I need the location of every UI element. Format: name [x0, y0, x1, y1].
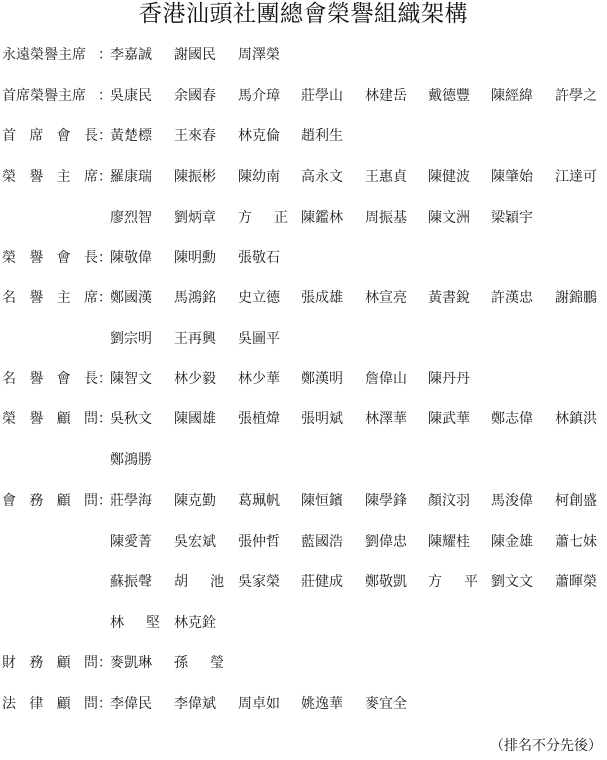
member-name: 陳經緯 [491, 85, 541, 107]
member-name: 方正 [238, 207, 288, 229]
member-name: 林克銓 [174, 612, 224, 634]
section-label-text: 會務顧問 [2, 490, 98, 512]
label-colon: ： [98, 166, 110, 188]
member-name: 陳克勤 [174, 490, 224, 512]
member-name: 劉炳章 [174, 207, 224, 229]
member-name: 莊學山 [301, 85, 351, 107]
member-name: 王再興 [174, 328, 224, 350]
member-names: 黃楚標王來春林克倫趙利生 [110, 125, 607, 166]
section-label: 財務顧問： [2, 652, 110, 674]
member-names: 麥凱琳孫瑩 [110, 652, 607, 693]
label-colon: ： [98, 693, 110, 715]
name-line: 吳秋文陳國雄張植煒張明斌林澤華陳武華鄭志偉林鎮洪 [110, 408, 607, 449]
member-name: 馬鴻銘 [174, 287, 224, 309]
member-name: 林宣亮 [365, 287, 415, 309]
member-name: 鄭國漢 [110, 287, 160, 309]
section-label: 名譽主席： [2, 287, 110, 309]
section-label: 會務顧問： [2, 490, 110, 512]
section-label-text: 財務顧問 [2, 652, 98, 674]
section-label-text: 首席榮譽主席 [2, 85, 98, 107]
member-names: 李嘉誠謝國民周澤榮 [110, 44, 607, 85]
member-name: 史立德 [238, 287, 288, 309]
member-names: 吳秋文陳國雄張植煒張明斌林澤華陳武華鄭志偉林鎮洪鄭鴻勝 [110, 408, 607, 489]
member-name: 周卓如 [238, 693, 288, 715]
name-line: 廖烈智劉炳章方正陳鑑林周振基陳文洲梁穎宇 [110, 207, 607, 248]
section-label: 首席榮譽主席： [2, 85, 110, 107]
member-name: 林少毅 [174, 368, 224, 390]
member-name: 余國春 [174, 85, 224, 107]
member-name: 謝錦鵬 [555, 287, 605, 309]
member-name: 陳武華 [428, 408, 478, 430]
member-name: 陳學鋒 [365, 490, 415, 512]
member-name: 陳耀桂 [428, 531, 478, 553]
member-name: 張明斌 [301, 408, 351, 430]
member-name: 吳康民 [110, 85, 160, 107]
member-name: 許學之 [555, 85, 605, 107]
name-line: 李嘉誠謝國民周澤榮 [110, 44, 607, 85]
member-name: 顏汶羽 [428, 490, 478, 512]
section-label-text: 名譽主席 [2, 287, 98, 309]
member-name: 陳健波 [428, 166, 478, 188]
section-label-text: 榮譽會長 [2, 247, 98, 269]
member-name: 廖烈智 [110, 207, 160, 229]
label-colon: ： [98, 490, 110, 512]
name-line: 劉宗明王再興吳圖平 [110, 328, 607, 369]
member-name: 孫瑩 [174, 652, 224, 674]
section-label-text: 榮譽顧問 [2, 408, 98, 430]
section-label: 榮譽主席： [2, 166, 110, 188]
member-names: 鄭國漢馬鴻銘史立德張成雄林宣亮黃書銳許漢忠謝錦鵬劉宗明王再興吳圖平 [110, 287, 607, 368]
member-name: 李偉斌 [174, 693, 224, 715]
section-label-text: 永遠榮譽主席 [2, 44, 98, 66]
member-name: 柯創盛 [555, 490, 605, 512]
member-name: 高永文 [301, 166, 351, 188]
section-label-text: 首席會長 [2, 125, 98, 147]
member-name: 陳金雄 [491, 531, 541, 553]
member-name: 陳明勳 [174, 247, 224, 269]
member-name: 吳家榮 [238, 571, 288, 593]
member-name: 劉偉忠 [365, 531, 415, 553]
member-name: 方平 [428, 571, 478, 593]
member-name: 詹偉山 [365, 368, 415, 390]
member-name: 謝國民 [174, 44, 224, 66]
member-name: 羅康瑞 [110, 166, 160, 188]
label-colon: ： [98, 408, 110, 430]
member-names: 羅康瑞陳振彬陳幼南高永文王惠貞陳健波陳肇始江達可廖烈智劉炳章方正陳鑑林周振基陳文… [110, 166, 607, 247]
section-label: 法律顧問： [2, 693, 110, 715]
member-name: 李偉民 [110, 693, 160, 715]
member-name: 吳秋文 [110, 408, 160, 430]
member-name: 黃書銳 [428, 287, 478, 309]
member-names: 吳康民余國春馬介璋莊學山林建岳戴德豐陳經緯許學之 [110, 85, 607, 126]
member-name: 陳幼南 [238, 166, 288, 188]
name-line: 陳愛菁吳宏斌張仲哲藍國浩劉偉忠陳耀桂陳金雄蕭七妹 [110, 531, 607, 572]
member-name: 陳敬偉 [110, 247, 160, 269]
name-line: 麥凱琳孫瑩 [110, 652, 607, 693]
label-colon: ： [98, 247, 110, 269]
member-name: 張植煒 [238, 408, 288, 430]
page-title: 香港汕頭社團總會榮譽組織架構 [0, 0, 607, 28]
member-names: 莊學海陳克勤葛珮帆陳恒鑌陳學鋒顏汶羽馬浚偉柯創盛陳愛菁吳宏斌張仲哲藍國浩劉偉忠陳… [110, 490, 607, 652]
name-line: 李偉民李偉斌周卓如姚逸華麥宜全 [110, 693, 607, 734]
member-name: 黃楚標 [110, 125, 160, 147]
label-colon: ： [98, 652, 110, 674]
name-line: 吳康民余國春馬介璋莊學山林建岳戴德豐陳經緯許學之 [110, 85, 607, 126]
member-name: 莊學海 [110, 490, 160, 512]
name-line: 陳敬偉陳明勳張敬石 [110, 247, 607, 288]
section-label: 榮譽會長： [2, 247, 110, 269]
member-name: 梁穎宇 [491, 207, 541, 229]
label-colon: ： [98, 85, 110, 107]
member-name: 趙利生 [301, 125, 351, 147]
member-name: 林鎮洪 [555, 408, 605, 430]
member-name: 周澤榮 [238, 44, 288, 66]
member-name: 張成雄 [301, 287, 351, 309]
member-name: 劉文文 [491, 571, 541, 593]
section-label: 榮譽顧問： [2, 408, 110, 430]
section-label-text: 榮譽主席 [2, 166, 98, 188]
member-name: 吳宏斌 [174, 531, 224, 553]
member-name: 周振基 [365, 207, 415, 229]
member-name: 林少華 [238, 368, 288, 390]
name-line: 羅康瑞陳振彬陳幼南高永文王惠貞陳健波陳肇始江達可 [110, 166, 607, 207]
member-name: 陳文洲 [428, 207, 478, 229]
member-name: 鄭漢明 [301, 368, 351, 390]
member-name: 陳肇始 [491, 166, 541, 188]
name-line: 黃楚標王來春林克倫趙利生 [110, 125, 607, 166]
member-name: 林克倫 [238, 125, 288, 147]
member-name: 麥宜全 [365, 693, 415, 715]
section-label: 首席會長： [2, 125, 110, 147]
label-colon: ： [98, 368, 110, 390]
member-name: 江達可 [555, 166, 605, 188]
member-name: 蘇振聲 [110, 571, 160, 593]
section-label-text: 名譽會長 [2, 368, 98, 390]
name-line: 鄭鴻勝 [110, 449, 607, 490]
name-line: 鄭國漢馬鴻銘史立德張成雄林宣亮黃書銳許漢忠謝錦鵬 [110, 287, 607, 328]
member-name: 王惠貞 [365, 166, 415, 188]
name-line: 陳智文林少毅林少華鄭漢明詹偉山陳丹丹 [110, 368, 607, 409]
member-name: 麥凱琳 [110, 652, 160, 674]
member-name: 馬浚偉 [491, 490, 541, 512]
member-name: 莊健成 [301, 571, 351, 593]
member-names: 陳智文林少毅林少華鄭漢明詹偉山陳丹丹 [110, 368, 607, 409]
section-label: 永遠榮譽主席： [2, 44, 110, 66]
label-colon: ： [98, 125, 110, 147]
member-name: 鄭志偉 [491, 408, 541, 430]
member-name: 姚逸華 [301, 693, 351, 715]
member-name: 馬介璋 [238, 85, 288, 107]
member-name: 王來春 [174, 125, 224, 147]
member-name: 陳鑑林 [301, 207, 351, 229]
member-name: 葛珮帆 [238, 490, 288, 512]
member-name: 吳圖平 [238, 328, 288, 350]
member-names: 李偉民李偉斌周卓如姚逸華麥宜全 [110, 693, 607, 734]
member-name: 張敬石 [238, 247, 288, 269]
name-line: 林堅林克銓 [110, 612, 607, 653]
member-name: 陳振彬 [174, 166, 224, 188]
member-name: 藍國浩 [301, 531, 351, 553]
member-name: 戴德豐 [428, 85, 478, 107]
member-name: 鄭敬凱 [365, 571, 415, 593]
member-name: 胡池 [174, 571, 224, 593]
label-colon: ： [98, 44, 110, 66]
member-name: 陳恒鑌 [301, 490, 351, 512]
member-name: 蕭暉榮 [555, 571, 605, 593]
member-name: 林澤華 [365, 408, 415, 430]
member-name: 林堅 [110, 612, 160, 634]
section-label-text: 法律顧問 [2, 693, 98, 715]
member-name: 陳智文 [110, 368, 160, 390]
member-name: 鄭鴻勝 [110, 449, 160, 471]
member-name: 許漢忠 [491, 287, 541, 309]
section-label: 名譽會長： [2, 368, 110, 390]
member-name: 林建岳 [365, 85, 415, 107]
member-name: 陳愛菁 [110, 531, 160, 553]
ranking-note: （排名不分先後） [490, 735, 602, 757]
name-line: 蘇振聲胡池吳家榮莊健成鄭敬凱方平劉文文蕭暉榮 [110, 571, 607, 612]
member-name: 陳國雄 [174, 408, 224, 430]
member-name: 張仲哲 [238, 531, 288, 553]
member-name: 陳丹丹 [428, 368, 478, 390]
member-name: 劉宗明 [110, 328, 160, 350]
name-line: 莊學海陳克勤葛珮帆陳恒鑌陳學鋒顏汶羽馬浚偉柯創盛 [110, 490, 607, 531]
member-names: 陳敬偉陳明勳張敬石 [110, 247, 607, 288]
label-colon: ： [98, 287, 110, 309]
member-name: 李嘉誠 [110, 44, 160, 66]
member-name: 蕭七妹 [555, 531, 605, 553]
